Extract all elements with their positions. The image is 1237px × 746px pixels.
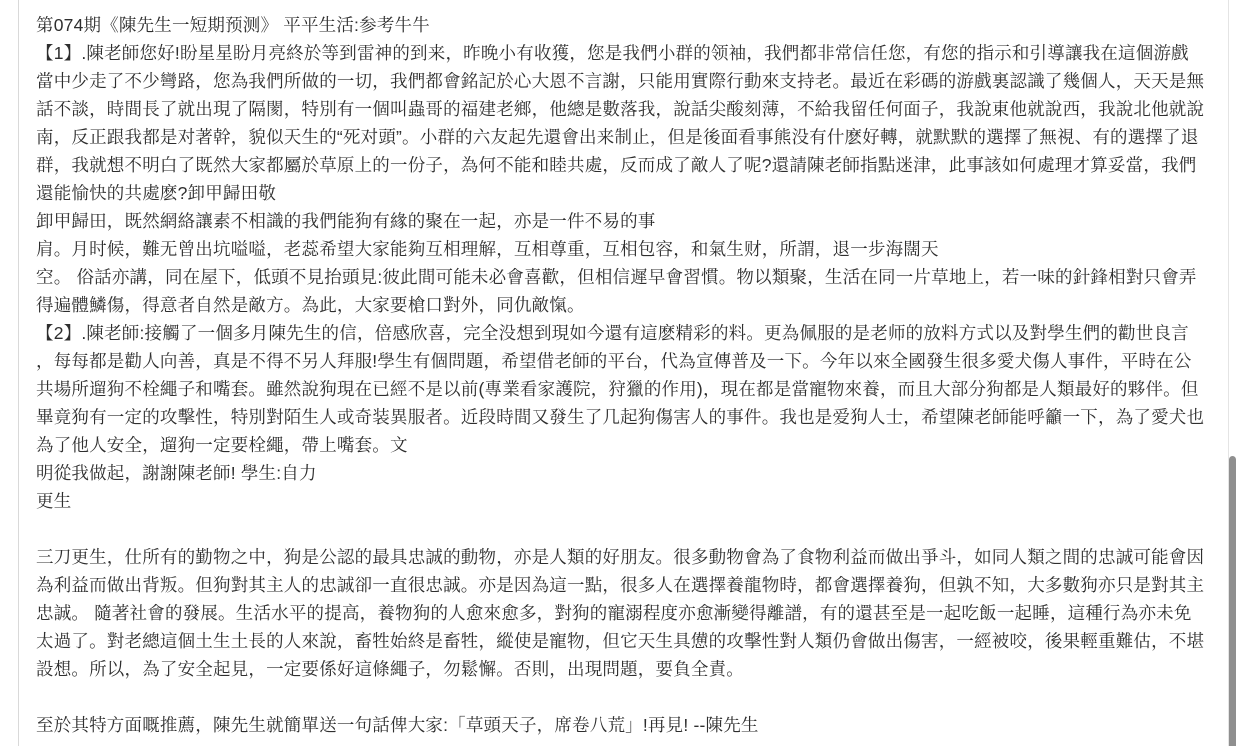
text-line: 忠誠。 隨著社會的發展。生活水平的提高，養物狗的人愈來愈多，對狗的寵溺程度亦愈漸… [36,599,1220,627]
text-line: 更生 [36,487,1220,515]
text-line: 得遍體鱗傷，得意者自然是敵方。為此，大家要槍口對外，同仇敵愾。 [36,291,1220,319]
document-text: 第074期《陳先生一短期预测》 平平生活:参考牛牛【1】.陳老師您好!盼星星盼月… [36,11,1220,739]
text-line: 空。 俗話亦講，同在屋下，低頭不見抬頭見:彼此間可能未必會喜歡，但相信遲早會習慣… [36,263,1220,291]
blank-line [36,515,1220,543]
text-line: 話不談，時間長了就出現了隔閡，特別有一個叫蟲哥的福建老鄉，他總是數落我，說話尖酸… [36,95,1220,123]
scrollbar-thumb[interactable] [1229,456,1236,746]
text-line: 為利益而做出背叛。但狗對其主人的忠誠卻一直很忠誠。亦是因為這一點，很多人在選擇養… [36,571,1220,599]
blank-line [36,683,1220,711]
text-line: 南，反正跟我都是对著幹，貌似天生的“死对頭”。小群的六友起先還會出来制止，但是後… [36,123,1220,151]
text-line: 卸甲歸田，既然網絡讓素不相識的我們能狗有緣的聚在一起，亦是一件不易的事 [36,207,1220,235]
text-line: 還能愉快的共處麽?卸甲歸田敬 [36,179,1220,207]
text-line: ，每每都是勸人向善，真是不得不另人拜服!學生有個問題，希望借老師的平台，代為宣傳… [36,347,1220,375]
text-line: 【1】.陳老師您好!盼星星盼月亮終於等到雷神的到来，昨晚小有收獲，您是我們小群的… [36,39,1220,67]
text-line: 為了他人安全，遛狗一定要栓繩，帶上嘴套。文 [36,431,1220,459]
document-title-line: 第074期《陳先生一短期预测》 平平生活:参考牛牛 [36,11,1220,39]
text-line: 當中少走了不少彎路，您為我們所做的一切，我們都會銘記於心大恩不言謝，只能用實際行… [36,67,1220,95]
text-line: 明從我做起，謝謝陳老師! 學生:自力 [36,459,1220,487]
content-left-border [18,0,19,746]
text-line: 三刀更生，仕所有的勤物之中，狗是公認的最具忠誠的動物，亦是人類的好朋友。很多動物… [36,543,1220,571]
text-line: 【2】.陳老師:接觸了一個多月陳先生的信，倍感欣喜，完全没想到現如今還有這麽精彩… [36,319,1220,347]
text-line: 至於其特方面嘅推薦，陳先生就簡單送一句話俾大家:「草頭天子，席卷八荒」!再見! … [36,711,1220,739]
text-line: 共場所遛狗不栓繩子和嘴套。雖然說狗現在已經不是以前(專業看家護院，狩獵的作用)，… [36,375,1220,403]
document-page: 第074期《陳先生一短期预测》 平平生活:参考牛牛【1】.陳老師您好!盼星星盼月… [0,0,1237,746]
text-line: 肩。月时候，難无曾出坑嗌嗌，老蕊希望大家能夠互相理解，互相尊重，互相包容，和氣生… [36,235,1220,263]
text-line: 畢竟狗有一定的攻擊性，特別對陌生人或奇装異服者。近段時間又發生了几起狗傷害人的事… [36,403,1220,431]
text-line: 群，我就想不明白了既然大家都屬於草原上的一份子，為何不能和睦共處，反而成了敵人了… [36,151,1220,179]
text-line: 太過了。對老總這個土生土長的人來說，畜牲始終是畜牲，縱使是寵物，但它天生具憊的攻… [36,627,1220,655]
text-line: 設想。所以，為了安全起見，一定要係好這條繩子，勿鬆懈。否則，出現問題，要負全責。 [36,655,1220,683]
